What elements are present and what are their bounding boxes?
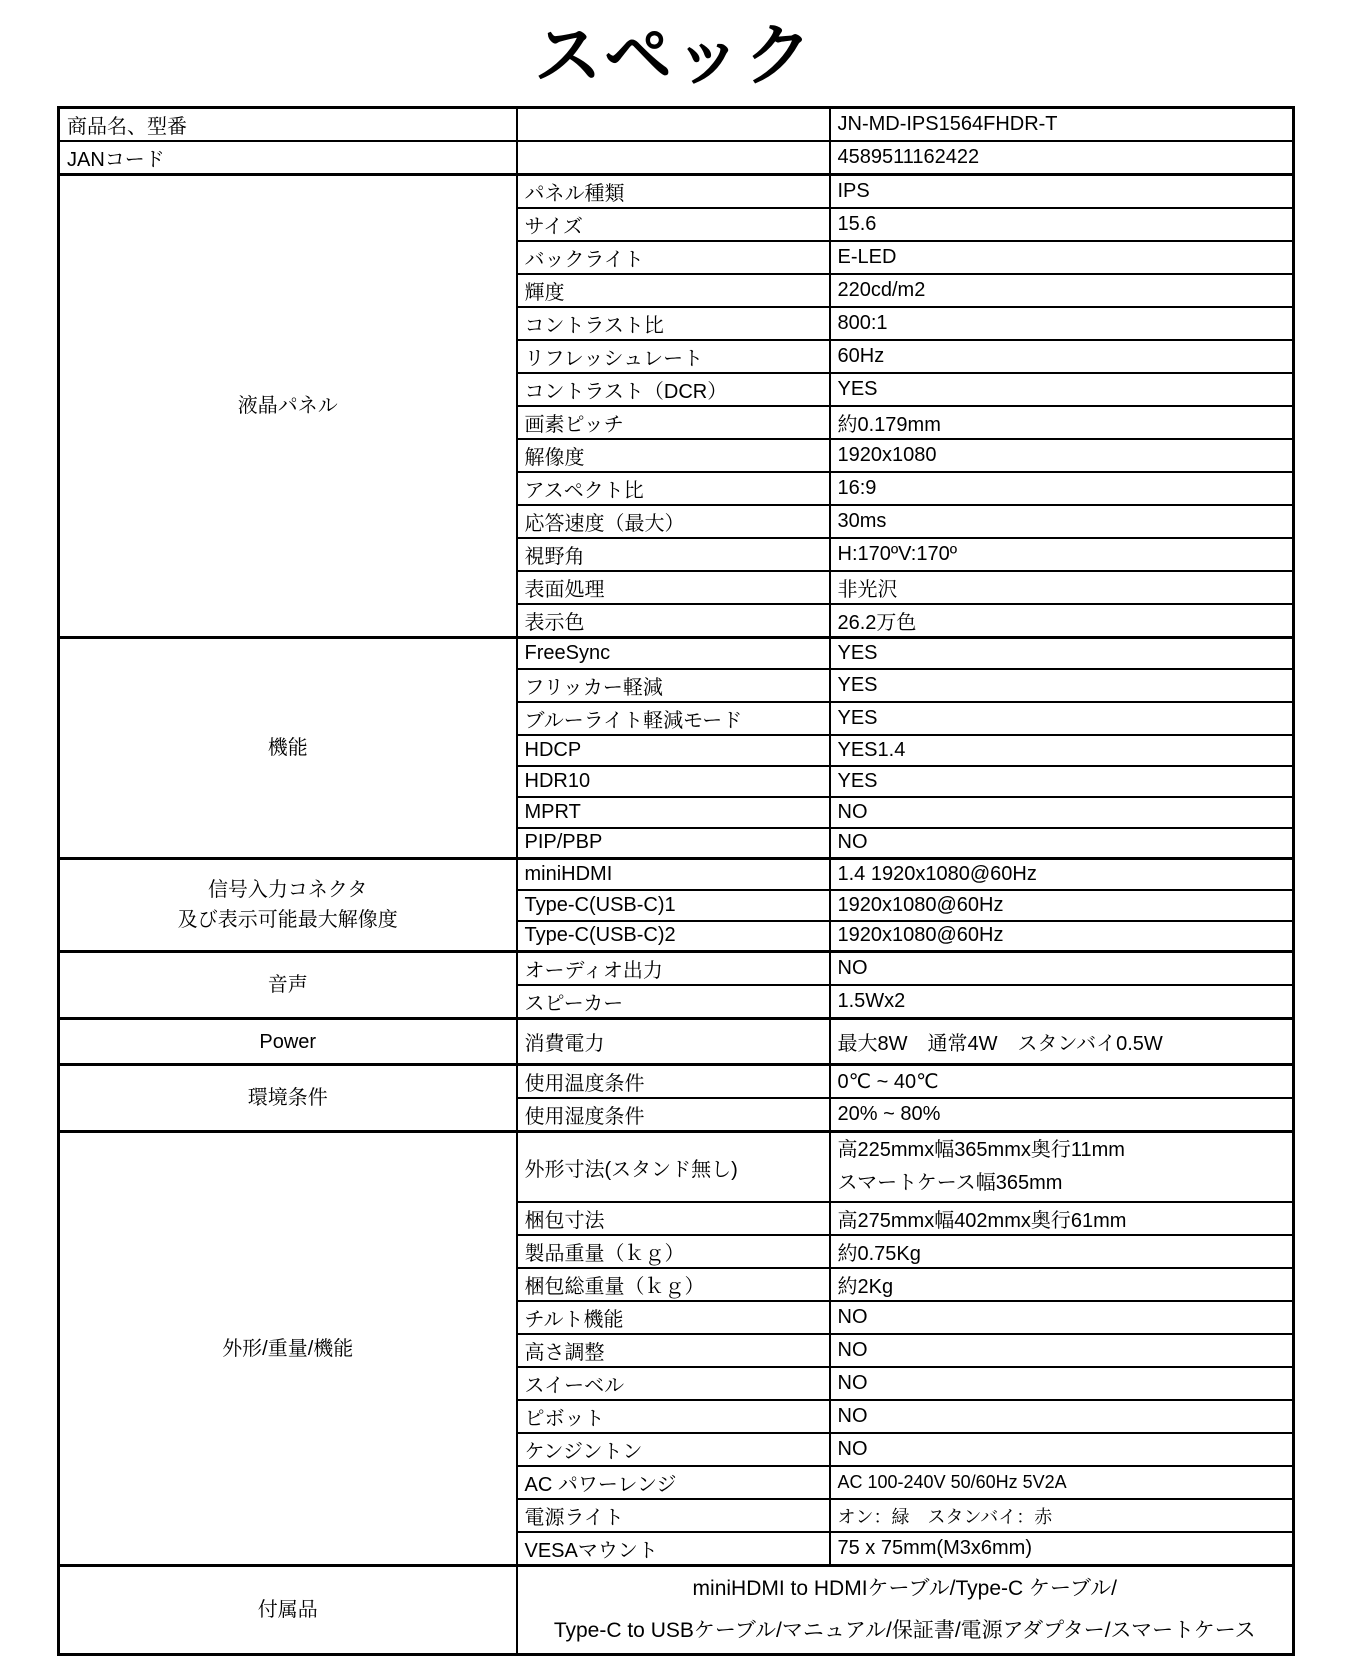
spec-label-cell: HDCP (517, 735, 830, 766)
spec-label-cell: ブルーライト軽減モード (517, 702, 830, 735)
spec-group-label: 液晶パネル (64, 391, 512, 421)
spec-value-cell: 60Hz (830, 340, 1294, 373)
spec-group-label: 信号入力コネクタ (64, 875, 512, 905)
page-title: スペック (0, 6, 1348, 106)
table-row: 環境条件使用温度条件0℃ ~ 40℃ (59, 1065, 1294, 1099)
spec-group-label: 音声 (64, 970, 512, 1000)
table-row: Power消費電力最大8W 通常4W スタンバイ0.5W (59, 1019, 1294, 1065)
spec-label-cell: スイーベル (517, 1367, 830, 1400)
spec-label-cell: 外形寸法(スタンド無し) (517, 1132, 830, 1203)
table-row: 信号入力コネクタ及び表示可能最大解像度miniHDMI1.4 1920x1080… (59, 859, 1294, 890)
spec-group-cell: Power (59, 1019, 517, 1065)
spec-label-cell: バックライト (517, 241, 830, 274)
spec-value-cell: YES (830, 766, 1294, 797)
spec-label-cell: 輝度 (517, 274, 830, 307)
spec-label-cell: オーディオ出力 (517, 952, 830, 986)
spec-value-cell: YES (830, 702, 1294, 735)
spec-group-cell: 音声 (59, 952, 517, 1019)
spec-value-cell: 高225mmx幅365mmx奥行11mmスマートケース幅365mm (830, 1132, 1294, 1203)
spec-value-cell: NO (830, 1433, 1294, 1466)
spec-label-cell: チルト機能 (517, 1301, 830, 1334)
spec-group-cell: 環境条件 (59, 1065, 517, 1132)
spec-label-cell: ピボット (517, 1400, 830, 1433)
spec-value-cell: 16:9 (830, 472, 1294, 505)
table-row: 液晶パネルパネル種類IPS (59, 175, 1294, 209)
spec-value-cell: NO (830, 797, 1294, 828)
spec-value-cell: 約2Kg (830, 1268, 1294, 1301)
spec-value-line: スマートケース幅365mm (838, 1167, 1286, 1200)
spec-label-cell: 応答速度（最大） (517, 505, 830, 538)
spec-value-cell: YES (830, 373, 1294, 406)
spec-label-cell: リフレッシュレート (517, 340, 830, 373)
accessories-line: miniHDMI to HDMIケーブル/Type-C ケーブル/ (522, 1568, 1289, 1610)
spec-label-cell: 使用湿度条件 (517, 1098, 830, 1132)
empty-cell (517, 108, 830, 142)
spec-label-cell: 消費電力 (517, 1019, 830, 1065)
spec-value-cell: 30ms (830, 505, 1294, 538)
spec-label-cell: FreeSync (517, 638, 830, 669)
spec-value-cell: YES1.4 (830, 735, 1294, 766)
spec-label-cell: 高さ調整 (517, 1334, 830, 1367)
spec-label-cell: JANコード (59, 141, 517, 175)
spec-value-cell: 26.2万色 (830, 604, 1294, 638)
spec-value-cell: NO (830, 1301, 1294, 1334)
spec-value-cell: 最大8W 通常4W スタンバイ0.5W (830, 1019, 1294, 1065)
spec-value-cell: NO (830, 828, 1294, 859)
spec-value-cell: 1.4 1920x1080@60Hz (830, 859, 1294, 890)
spec-value-cell: NO (830, 1400, 1294, 1433)
spec-value-cell: E-LED (830, 241, 1294, 274)
spec-label-cell: 表面処理 (517, 571, 830, 604)
spec-group-label: Power (64, 1027, 512, 1057)
spec-value-cell: 1920x1080 (830, 439, 1294, 472)
spec-label-cell: 梱包総重量（ｋｇ） (517, 1268, 830, 1301)
spec-label-cell: HDR10 (517, 766, 830, 797)
spec-value-cell: 800:1 (830, 307, 1294, 340)
spec-value-cell: 15.6 (830, 208, 1294, 241)
spec-value-cell: オン：緑 スタンバイ：赤 (830, 1499, 1294, 1532)
spec-label-cell: サイズ (517, 208, 830, 241)
spec-label-cell: 画素ピッチ (517, 406, 830, 439)
spec-value-cell: 4589511162422 (830, 141, 1294, 175)
spec-label-cell: VESAマウント (517, 1532, 830, 1566)
spec-label-cell: フリッカー軽減 (517, 669, 830, 702)
spec-group-label: 環境条件 (64, 1083, 512, 1113)
spec-label-cell: Type-C(USB-C)2 (517, 921, 830, 952)
spec-label-cell: 製品重量（ｋｇ） (517, 1235, 830, 1268)
spec-group-label: 及び表示可能最大解像度 (64, 905, 512, 935)
spec-label-cell: スピーカー (517, 985, 830, 1019)
spec-group-label: 機能 (64, 733, 512, 763)
spec-label-cell: 視野角 (517, 538, 830, 571)
spec-label-cell: コントラスト（DCR） (517, 373, 830, 406)
spec-value-cell: 220cd/m2 (830, 274, 1294, 307)
spec-group-cell: 信号入力コネクタ及び表示可能最大解像度 (59, 859, 517, 952)
spec-label-cell: コントラスト比 (517, 307, 830, 340)
table-row: JANコード4589511162422 (59, 141, 1294, 175)
spec-table: 商品名、型番JN-MD-IPS1564FHDR-TJANコード458951116… (57, 106, 1295, 1656)
spec-label-cell: 電源ライト (517, 1499, 830, 1532)
spec-label-cell: 解像度 (517, 439, 830, 472)
spec-label-cell: ケンジントン (517, 1433, 830, 1466)
spec-label-cell: 梱包寸法 (517, 1202, 830, 1235)
spec-value-cell: 1920x1080@60Hz (830, 921, 1294, 952)
table-row: 機能FreeSyncYES (59, 638, 1294, 669)
spec-label-cell: 表示色 (517, 604, 830, 638)
spec-value-cell: 約0.75Kg (830, 1235, 1294, 1268)
spec-value-cell: IPS (830, 175, 1294, 209)
empty-cell (517, 141, 830, 175)
accessories-row: 付属品miniHDMI to HDMIケーブル/Type-C ケーブル/Type… (59, 1566, 1294, 1655)
table-row: 外形/重量/機能外形寸法(スタンド無し)高225mmx幅365mmx奥行11mm… (59, 1132, 1294, 1203)
spec-group-cell: 機能 (59, 638, 517, 859)
table-row: 音声オーディオ出力NO (59, 952, 1294, 986)
accessories-line: Type-C to USBケーブル/マニュアル/保証書/電源アダプター/スマート… (522, 1610, 1289, 1652)
spec-label-cell: Type-C(USB-C)1 (517, 890, 830, 921)
spec-value-cell: 75 x 75mm(M3x6mm) (830, 1532, 1294, 1566)
spec-label-cell: 商品名、型番 (59, 108, 517, 142)
spec-value-cell: 0℃ ~ 40℃ (830, 1065, 1294, 1099)
spec-value-cell: JN-MD-IPS1564FHDR-T (830, 108, 1294, 142)
spec-value-cell: 非光沢 (830, 571, 1294, 604)
spec-group-cell: 付属品 (59, 1566, 517, 1655)
spec-value-cell: 1920x1080@60Hz (830, 890, 1294, 921)
spec-label-cell: PIP/PBP (517, 828, 830, 859)
spec-label-cell: 使用温度条件 (517, 1065, 830, 1099)
spec-label-cell: miniHDMI (517, 859, 830, 890)
spec-value-cell: NO (830, 1334, 1294, 1367)
spec-label-cell: アスペクト比 (517, 472, 830, 505)
spec-label-cell: MPRT (517, 797, 830, 828)
spec-value-cell: 約0.179mm (830, 406, 1294, 439)
spec-value-cell: YES (830, 638, 1294, 669)
spec-label-cell: AC パワーレンジ (517, 1466, 830, 1499)
spec-label-cell: パネル種類 (517, 175, 830, 209)
table-row: 商品名、型番JN-MD-IPS1564FHDR-T (59, 108, 1294, 142)
spec-value-cell: AC 100-240V 50/60Hz 5V2A (830, 1466, 1294, 1499)
accessories-value-cell: miniHDMI to HDMIケーブル/Type-C ケーブル/Type-C … (517, 1566, 1294, 1655)
spec-group-cell: 液晶パネル (59, 175, 517, 638)
spec-value-cell: YES (830, 669, 1294, 702)
spec-value-cell: 1.5Wx2 (830, 985, 1294, 1019)
spec-value-cell: NO (830, 1367, 1294, 1400)
spec-value-cell: 20% ~ 80% (830, 1098, 1294, 1132)
spec-group-label: 外形/重量/機能 (64, 1334, 512, 1364)
spec-value-cell: NO (830, 952, 1294, 986)
spec-group-cell: 外形/重量/機能 (59, 1132, 517, 1566)
spec-value-cell: 高275mmx幅402mmx奥行61mm (830, 1202, 1294, 1235)
spec-value-cell: H:170ºV:170º (830, 538, 1294, 571)
spec-value-line: 高225mmx幅365mmx奥行11mm (838, 1134, 1286, 1167)
